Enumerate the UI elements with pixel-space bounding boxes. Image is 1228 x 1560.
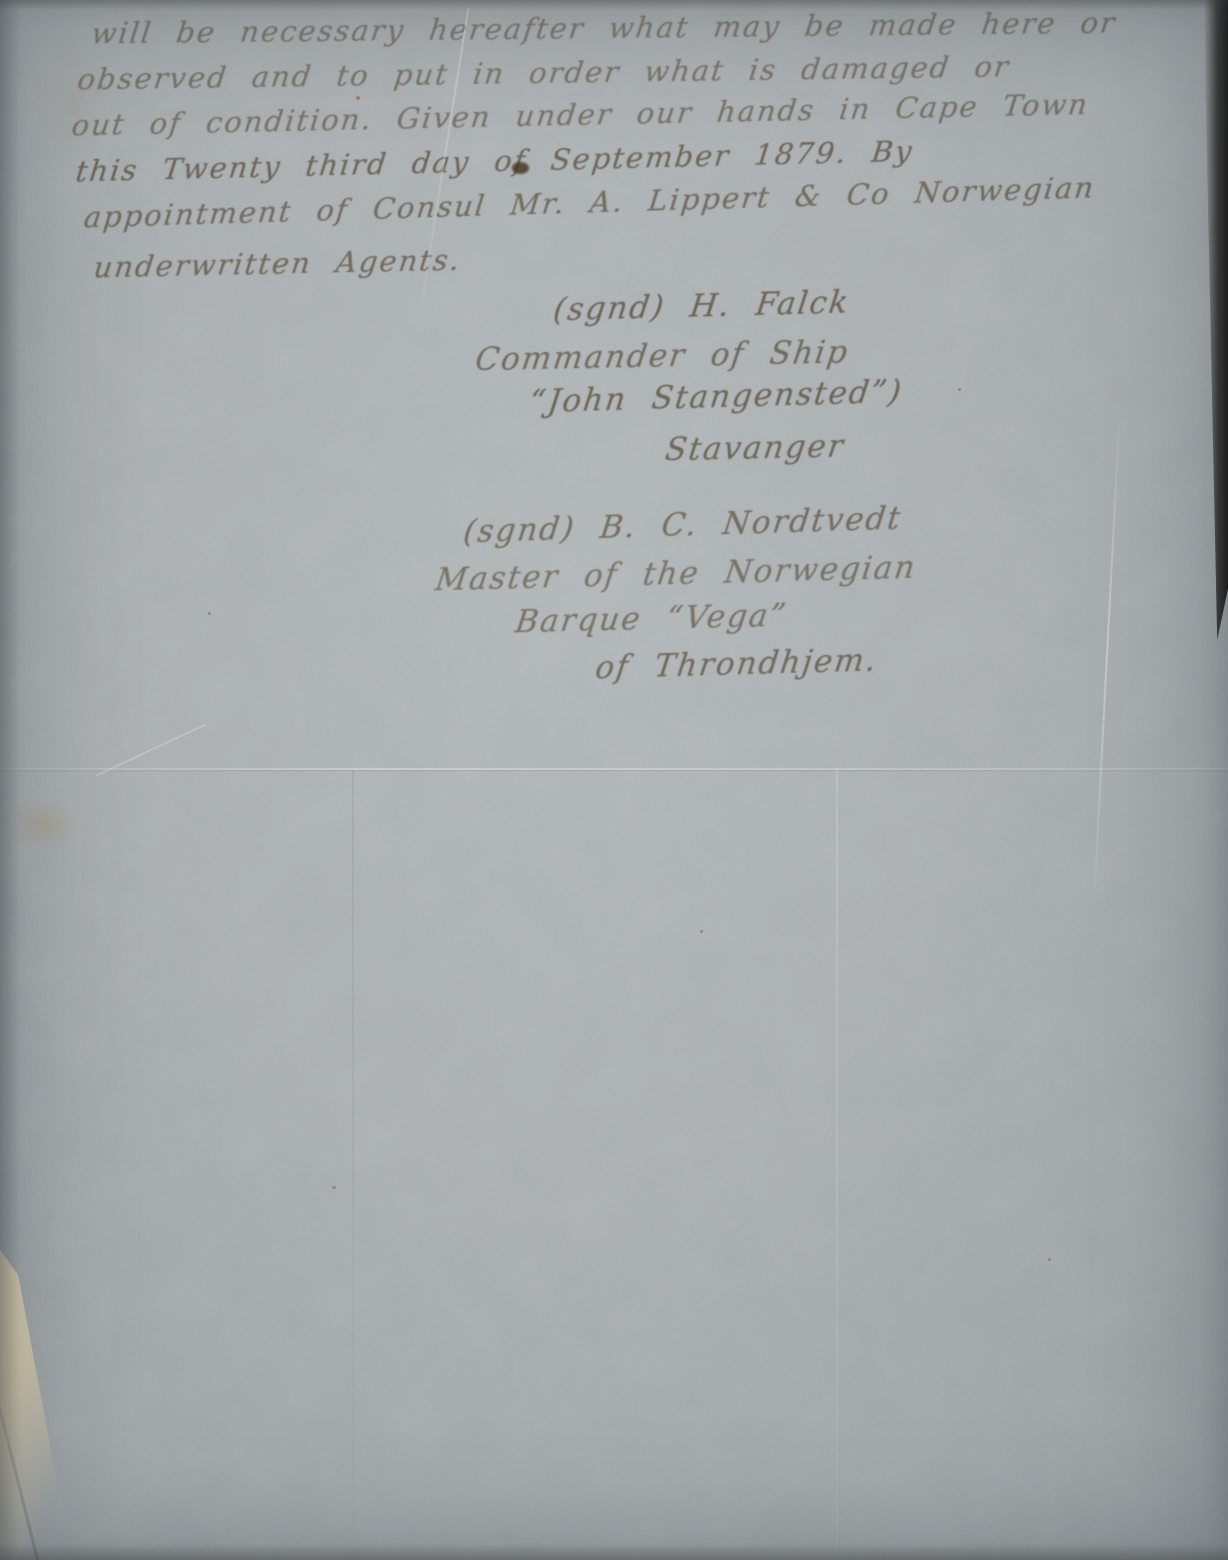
paper-edge-shading-top [0,0,1228,10]
handwriting-layer: will be necessary hereafter what may be … [0,0,1228,1560]
foxing-speck [1048,1258,1051,1261]
handwriting-line: out of condition. Given under our hands … [70,87,1091,142]
signature-2-signed: (sgnd) B. C. Nordtvedt [461,500,904,550]
foxing-speck [208,612,211,615]
handwriting-line: will be necessary hereafter what may be … [90,5,1119,50]
signature-2-ship-name: Barque “Vega” [513,597,790,640]
paper-edge-shading-left [0,0,20,1560]
foxing-speck [356,96,360,100]
paper-edge-shading-bottom [0,1544,1228,1560]
handwriting-line: observed and to put in order what is dam… [76,49,1012,96]
signature-1-signed: (sgnd) H. Falck [551,284,852,328]
scanned-document-page: will be necessary hereafter what may be … [0,0,1228,1560]
foxing-speck [332,1186,336,1189]
foxing-speck [700,930,703,933]
signature-1-ship-name: “John Stangensted”) [527,374,905,421]
signature-1-title: Commander of Ship [473,334,851,378]
signature-2-title: Master of the Norwegian [433,549,919,598]
signature-1-home-port: Stavanger [663,428,847,468]
ink-blot [512,162,529,174]
signature-2-home-port: of Throndhjem. [593,642,880,686]
foxing-speck [958,388,961,391]
handwriting-line: underwritten Agents. [92,242,463,284]
